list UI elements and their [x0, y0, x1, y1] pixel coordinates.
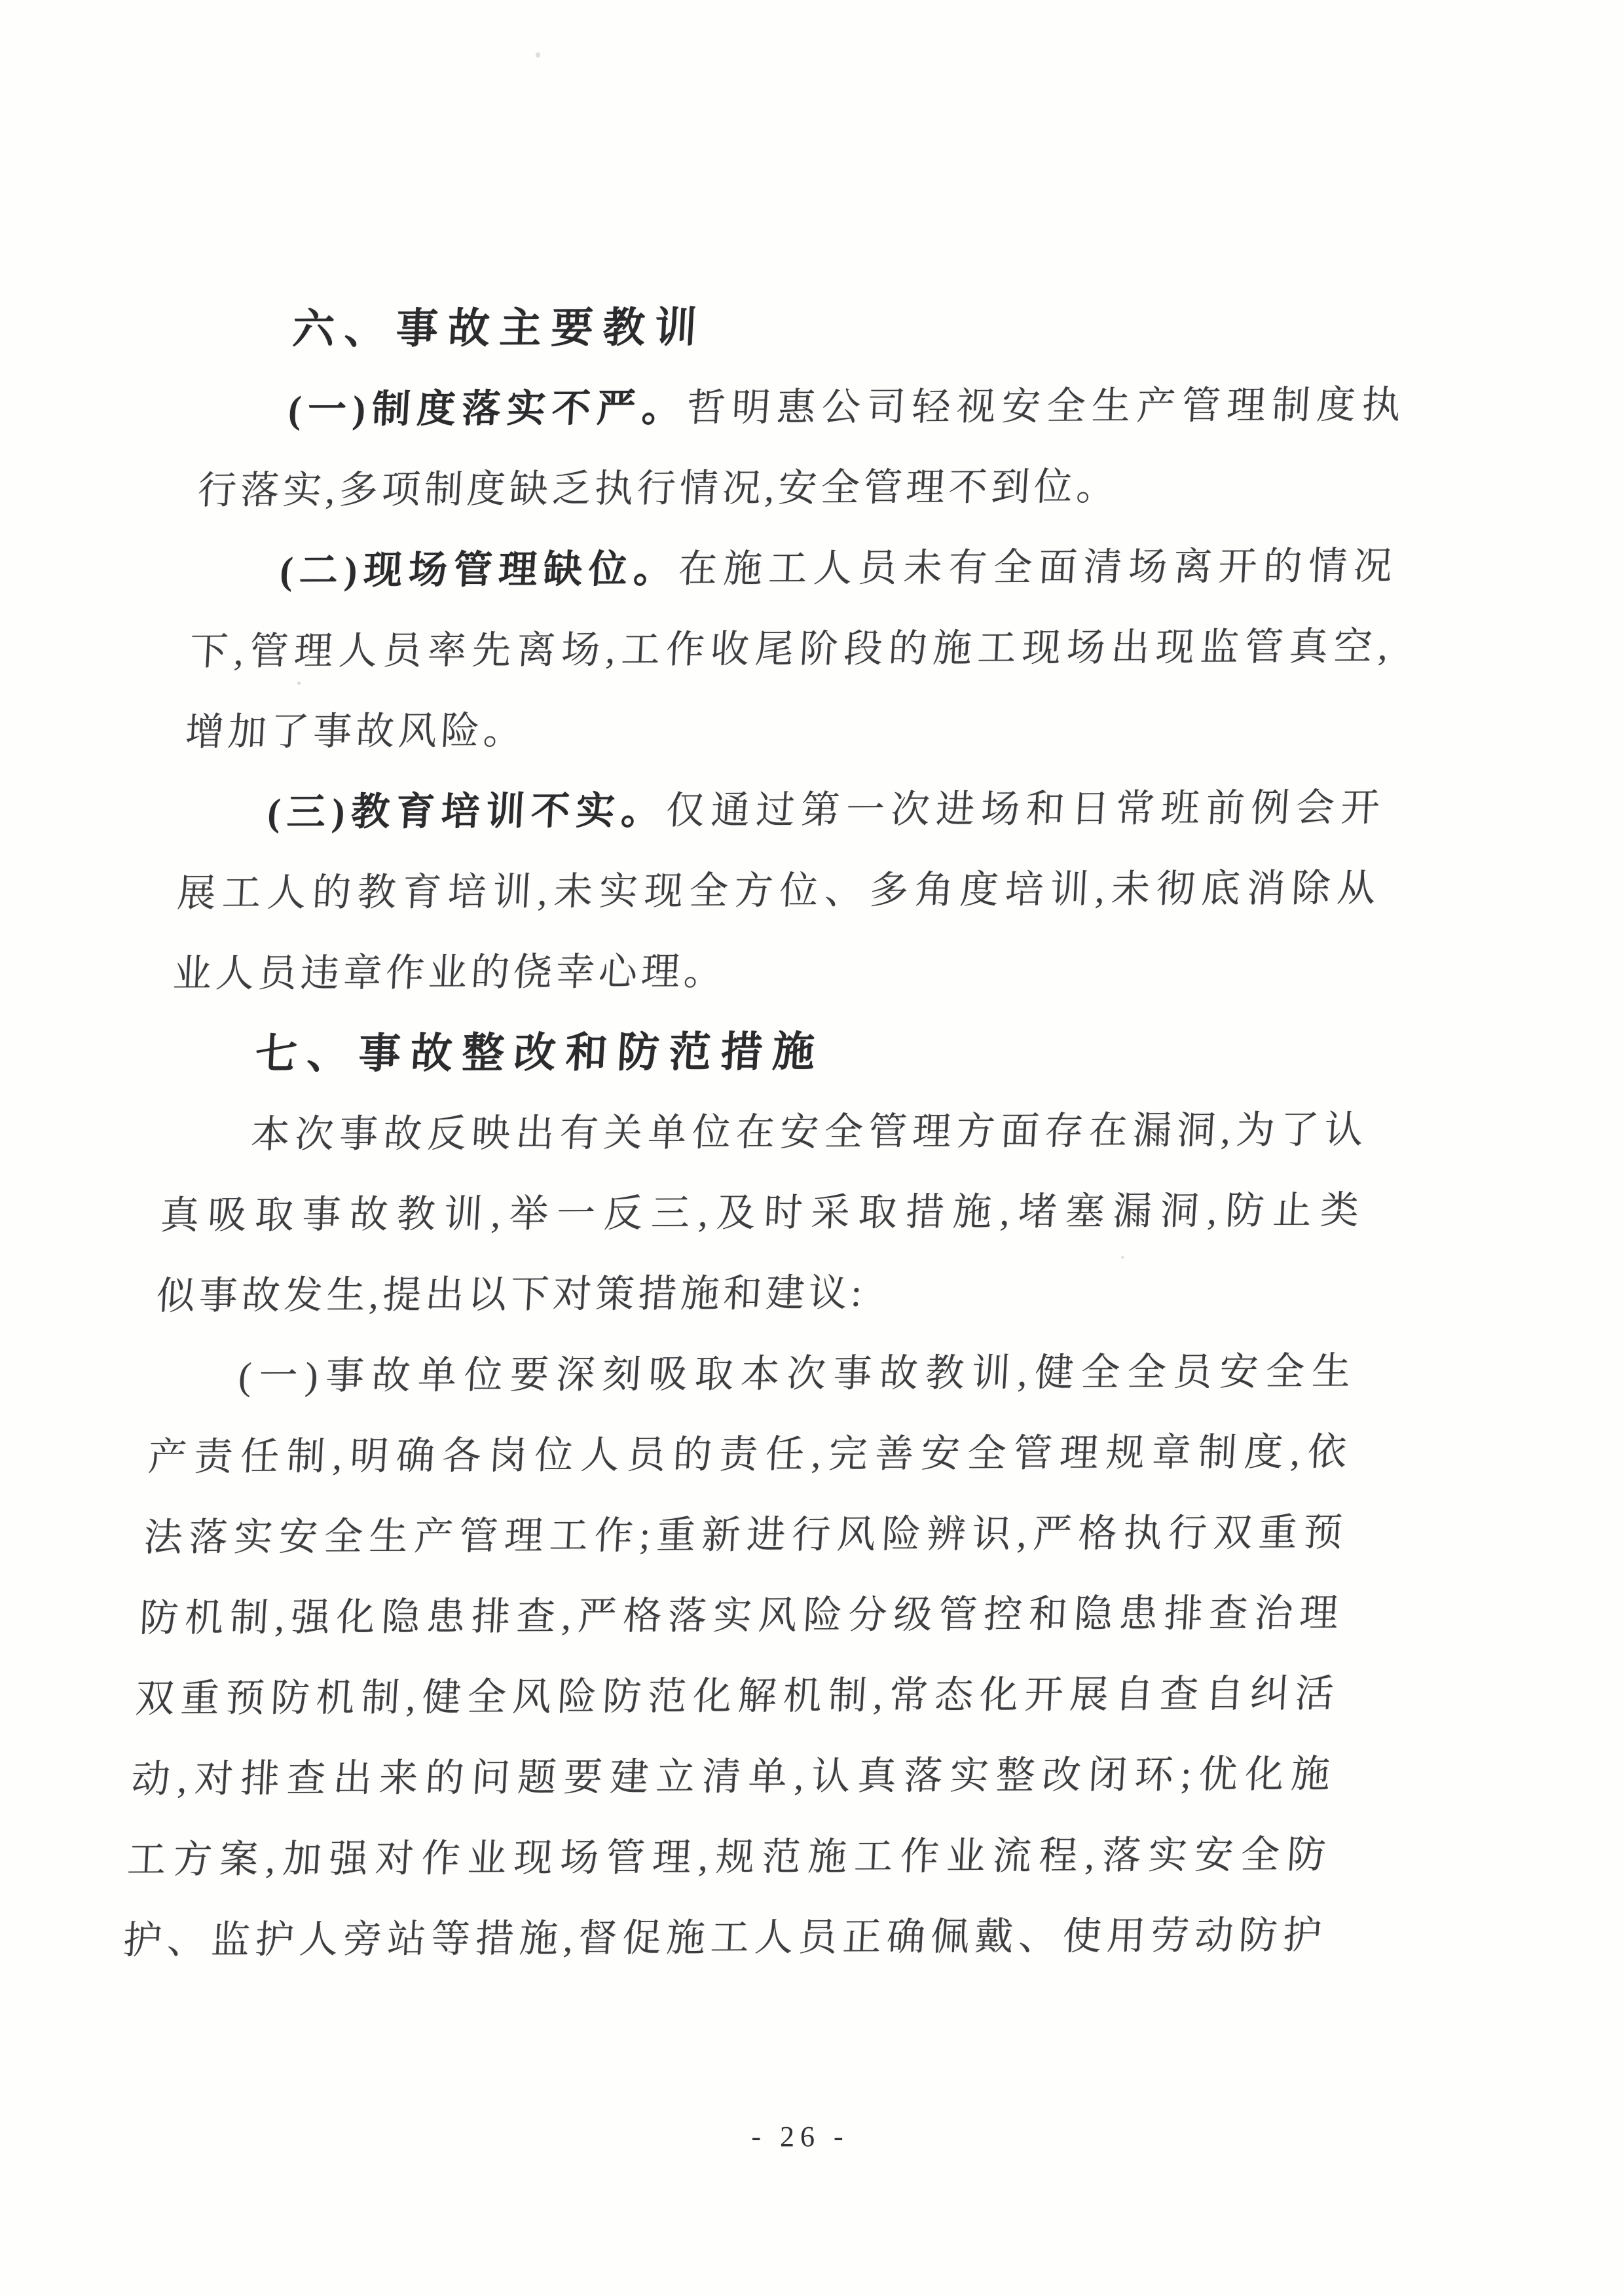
- line-text: 双重预防机制,健全风险防范化解机制,常态化开展自查自纠活: [134, 1671, 1338, 1720]
- section-heading: 七、事故整改和防范措施: [167, 1009, 1373, 1095]
- line-lead-bold: 六、事故主要教训: [291, 304, 708, 353]
- line-text: 防机制,强化隐患排查,严格落实风险分级管控和隐患排查治理: [139, 1591, 1343, 1639]
- document-page: 六、事故主要教训(一)制度落实不严。哲明惠公司轻视安全生产管理制度执行落实,多项…: [0, 0, 1624, 2296]
- line-text: 产责任制,明确各岗位人员的责任,完善安全管理规章制度,依: [147, 1430, 1351, 1478]
- line-text: 业人员违章作业的侥幸心理。: [172, 950, 727, 996]
- text-line: 真吸取事故教训,举一反三,及时采取措施,堵塞漏洞,防止类: [158, 1170, 1365, 1256]
- text-line: 产责任制,明确各岗位人员的责任,完善安全管理规章制度,依: [146, 1412, 1352, 1497]
- line-lead-bold: 七、事故整改和防范措施: [254, 1029, 826, 1078]
- page-number: - 26 -: [0, 2120, 1612, 2153]
- scan-speck: [536, 52, 540, 58]
- text-line: (一)制度落实不严。哲明惠公司轻视安全生产管理制度执: [200, 365, 1406, 450]
- line-text: 动,对排查出来的问题要建立清单,认真落实整改闭环;优化施: [130, 1753, 1335, 1801]
- text-line: 防机制,强化隐患排查,严格落实风险分级管控和隐患排查治理: [138, 1573, 1344, 1658]
- text-line: 展工人的教育培训,未实现全方位、多角度培训,未彻底消除从: [175, 848, 1381, 934]
- line-lead-bold: (二)现场管理缺位。: [279, 547, 680, 592]
- text-line: 双重预防机制,健全风险防范化解机制,常态化开展自查自纠活: [134, 1653, 1340, 1739]
- text-line: 本次事故反映出有关单位在安全管理方面存在漏洞,为了认: [162, 1089, 1369, 1175]
- line-text: 似事故发生,提出以下对策措施和建议:: [155, 1271, 867, 1318]
- text-line: 护、监护人旁站等措施,督促施工人员正确佩戴、使用劳动防护: [121, 1895, 1327, 1981]
- line-text: 展工人的教育培训,未实现全方位、多角度培训,未彻底消除从: [176, 866, 1380, 915]
- line-text: 本次事故反映出有关单位在安全管理方面存在漏洞,为了认: [250, 1108, 1368, 1156]
- text-line: (一)事故单位要深刻吸取本次事故教训,健全全员安全生: [150, 1331, 1356, 1417]
- text-line: 动,对排查出来的问题要建立清单,认真落实整改闭环;优化施: [130, 1734, 1336, 1820]
- line-text: 护、监护人旁站等措施,督促施工人员正确佩戴、使用劳动防护: [122, 1914, 1326, 1962]
- line-text: 在施工人员未有全面清场离开的情况: [678, 544, 1397, 591]
- line-text: 增加了事故风险。: [184, 709, 526, 754]
- text-line: 业人员违章作业的侥幸心理。: [171, 928, 1377, 1014]
- line-text: 行落实,多项制度缺乏执行情况,安全管理不到位。: [196, 465, 1120, 512]
- section-heading: 六、事故主要教训: [204, 284, 1411, 370]
- line-text: 工方案,加强对作业现场管理,规范施工作业流程,落实安全防: [126, 1833, 1331, 1882]
- line-lead-bold: (三)教育培训不实。: [267, 789, 667, 834]
- text-line: 似事故发生,提出以下对策措施和建议:: [155, 1250, 1361, 1336]
- line-text: 仅通过第一次进场和日常班前例会开: [665, 786, 1384, 832]
- line-text: 下,管理人员率先离场,工作收尾阶段的施工现场出现监管真空,: [189, 625, 1393, 673]
- text-line: 工方案,加强对作业现场管理,规范施工作业流程,落实安全防: [125, 1815, 1331, 1901]
- line-text: (一)事故单位要深刻吸取本次事故教训,健全全员安全生: [238, 1349, 1356, 1397]
- line-lead-bold: (一)制度落实不严。: [287, 386, 688, 431]
- text-line: 增加了事故风险。: [183, 687, 1390, 773]
- text-line: (三)教育培训不实。仅通过第一次进场和日常班前例会开: [179, 767, 1386, 853]
- text-line: 法落实安全生产管理工作;重新进行风险辨识,严格执行双重预: [142, 1492, 1348, 1578]
- text-line: (二)现场管理缺位。在施工人员未有全面清场离开的情况: [192, 526, 1398, 611]
- document-body: 六、事故主要教训(一)制度落实不严。哲明惠公司轻视安全生产管理制度执行落实,多项…: [121, 284, 1411, 1981]
- line-text: 法落实安全生产管理工作;重新进行风险辨识,严格执行双重预: [143, 1510, 1347, 1559]
- text-line: 行落实,多项制度缺乏执行情况,安全管理不到位。: [196, 445, 1402, 531]
- line-text: 哲明惠公司轻视安全生产管理制度执: [686, 383, 1405, 429]
- text-line: 下,管理人员率先离场,工作收尾阶段的施工现场出现监管真空,: [187, 606, 1393, 692]
- line-text: 真吸取事故教训,举一反三,及时采取措施,堵塞漏洞,防止类: [159, 1188, 1363, 1237]
